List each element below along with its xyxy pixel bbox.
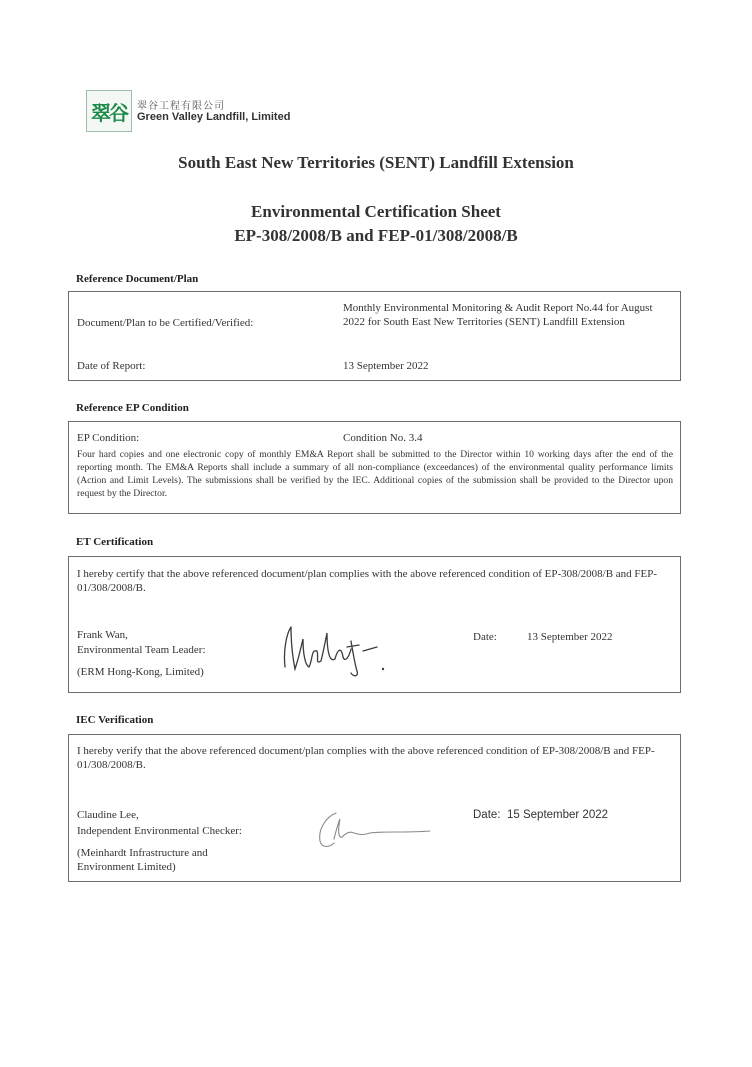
sheet-title: Environmental Certification Sheet <box>0 200 752 224</box>
ep-condition-value: Condition No. 3.4 <box>343 431 422 445</box>
company-name-english: Green Valley Landfill, Limited <box>137 111 290 123</box>
iec-statement: I hereby verify that the above reference… <box>77 744 673 772</box>
section-heading-reference-ep: Reference EP Condition <box>76 402 189 414</box>
ep-condition-text: Four hard copies and one electronic copy… <box>77 448 673 500</box>
et-signatory-org: (ERM Hong-Kong, Limited) <box>77 665 204 679</box>
date-of-report-label: Date of Report: <box>77 359 145 373</box>
permit-references: EP-308/2008/B and FEP-01/308/2008/B <box>0 224 752 248</box>
reference-ep-box: EP Condition: Condition No. 3.4 Four har… <box>68 421 681 514</box>
signature-scribble-icon <box>314 809 434 854</box>
iec-signature <box>314 809 434 854</box>
date-of-report-value: 13 September 2022 <box>343 359 429 373</box>
et-signature <box>279 619 389 679</box>
section-heading-et-certification: ET Certification <box>76 536 153 548</box>
et-date-value: 13 September 2022 <box>527 630 613 644</box>
section-heading-reference-document: Reference Document/Plan <box>76 273 198 285</box>
signature-scribble-icon <box>279 619 389 679</box>
company-name-chinese: 翠谷工程有限公司 <box>137 97 225 112</box>
iec-date-value: 15 September 2022 <box>507 809 608 821</box>
company-logo: 翠谷 <box>86 90 132 132</box>
et-signatory-role: Environmental Team Leader: <box>77 643 206 657</box>
document-label: Document/Plan to be Certified/Verified: <box>77 316 253 330</box>
iec-signatory-org-line1: (Meinhardt Infrastructure and <box>77 846 208 860</box>
document-value: Monthly Environmental Monitoring & Audit… <box>343 301 673 329</box>
reference-document-box: Document/Plan to be Certified/Verified: … <box>68 291 681 381</box>
et-certification-box: I hereby certify that the above referenc… <box>68 556 681 693</box>
iec-date-label: Date: <box>473 809 501 821</box>
iec-verification-box: I hereby verify that the above reference… <box>68 734 681 882</box>
iec-signatory-org-line2: Environment Limited) <box>77 860 176 874</box>
et-signatory-name: Frank Wan, <box>77 628 128 642</box>
section-heading-iec-verification: IEC Verification <box>76 714 153 726</box>
et-statement: I hereby certify that the above referenc… <box>77 567 673 595</box>
iec-signatory-name: Claudine Lee, <box>77 808 139 822</box>
ep-condition-label: EP Condition: <box>77 431 139 445</box>
project-title: South East New Territories (SENT) Landfi… <box>0 153 752 173</box>
et-date-label: Date: <box>473 630 497 644</box>
iec-signatory-role: Independent Environmental Checker: <box>77 824 242 838</box>
logo-mark: 翠谷 <box>91 97 127 126</box>
sheet-title-block: Environmental Certification Sheet EP-308… <box>0 200 752 248</box>
